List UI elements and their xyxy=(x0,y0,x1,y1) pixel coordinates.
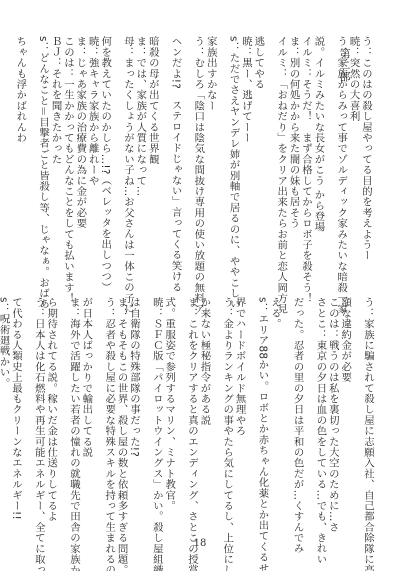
dialogue-line: ま：これをクリアすると真のエンディング、さとこの授賞 xyxy=(186,297,198,533)
dialogue-line: ら期待されてる説。稼いだ金は仕送りしてるよ xyxy=(45,297,68,533)
dialogue-line: このは：戦うのは私を裏切った大空のために…さ xyxy=(326,297,338,533)
dialogue-line: s：呪術廻戦かい。 xyxy=(0,297,10,533)
dialogue-line: だった。忍者の里の夕日は平和の色だが…くすんでみ xyxy=(291,297,314,533)
dialogue-line: ま：別の何処かから来た闇の妹も居そう xyxy=(287,36,299,276)
dialogue-line: ＢＪ：それを聞きたかった xyxy=(49,36,61,276)
document-page: 第二部 う：このはの殺し屋やってる目的を考えようー暁：突然の大喜利う：家族からみ… xyxy=(0,0,400,571)
dialogue-line: 逃してやる xyxy=(252,36,275,276)
dialogue-line: s：どんなこと＝目撃者ごと皆殺し等、じゃなぁ。おばあ xyxy=(37,36,49,276)
dialogue-block-top: う：このはの殺し屋やってる目的を考えようー暁：突然の大喜利う：家族からみって事で… xyxy=(14,36,372,276)
dialogue-line: か来ない極秘指令がある説 xyxy=(198,297,221,533)
dialogue-line: が日本人ばっかりで輸出してる説 xyxy=(80,297,103,533)
dialogue-line: 界でハードボイルド無理やろ xyxy=(233,297,256,533)
dialogue-line: 家族出すかなー xyxy=(204,36,227,276)
dialogue-line: 暁：ＳＦＣ版「パイロットウイングス」かい。殺し屋組織 xyxy=(150,297,162,533)
dialogue-line: 額な違約金が必要 xyxy=(339,297,362,533)
dialogue-line: ま：じゃあ家族の治療費の為に金が必要 xyxy=(74,36,86,276)
dialogue-line: ヘンだよ!? ステロイドじゃない」言ってくる笑ける xyxy=(169,36,192,276)
dialogue-line: 何を教えていたのかしら…!?（ベレッタを出しつつ） xyxy=(99,36,122,276)
page-number: 18 xyxy=(0,538,400,549)
dialogue-line: 式。重服姿で参列するマリン、ミナト教官。 xyxy=(163,297,186,533)
dialogue-line: 暗殺の母が出てくる世界観 xyxy=(146,36,169,276)
dialogue-line: は自衛隊の特殊部隊の事だった!? xyxy=(128,297,151,533)
dialogue-line: 説。イルミみたいな長女がこう から登場 xyxy=(312,36,335,276)
dialogue-line: う：むしろ「陰口は陰気な間抜け専用の使い放題の無料ア xyxy=(192,36,204,276)
dialogue-block-bottom: う：家族に騙されて殺し屋に志願入社、自己都合除隊に高額な違約金が必要このは：戦う… xyxy=(0,297,374,533)
dialogue-line: このは：一生かかってもどんなことをしても払います！ xyxy=(62,36,74,276)
dialogue-line: う：日本人は化石燃料や再生可能エネルギー、全てに取っ xyxy=(32,297,44,533)
dialogue-line: う：家族からみって事でゾルディック家みたいな暗殺一家 xyxy=(335,36,347,276)
dialogue-line: う：このはの殺し屋やってる目的を考えようー xyxy=(360,36,372,276)
dialogue-line: ちゃんも浮かばれんわ xyxy=(14,36,37,276)
dialogue-line: 暁：強キャラ家族から離れーや xyxy=(86,36,98,276)
dialogue-line: イルミ：そうだ！ まず合格してからロボ子を殺そう！ xyxy=(300,36,312,276)
dialogue-line: s：ただでさえヤンデレ姉が別軸で居るのに、ややこしい xyxy=(227,36,239,276)
dialogue-line: 暁：突然の大喜利 xyxy=(347,36,359,276)
dialogue-line: う：家族に騙されて殺し屋に志願入社、自己都合除隊に高 xyxy=(362,297,374,533)
dialogue-line: 母：まったくしょうがない子ね…お父さんは一体この子に xyxy=(122,36,134,276)
dialogue-line: さとこ：東京の夕日は血の色をしている…でも、きれい xyxy=(314,297,326,533)
dialogue-line: う：金よりランキングの事やたら気にしてるし、上位にし xyxy=(221,297,233,533)
dialogue-line: ま：海外で活躍したい若者の憧れの就職先で田舎の家族か xyxy=(68,297,80,533)
dialogue-line: う：忍者や殺し屋に必要な特殊スキルを持って生まれるの xyxy=(103,297,115,533)
dialogue-line: ま：そもそもこの世界、殺し屋の数と依頼多すぎる問題。 xyxy=(115,297,127,533)
dialogue-line: s：エリア88かい。ロボとか赤ちゃん化薬とか出てくるせ xyxy=(256,297,268,533)
dialogue-line: て代わる人類史上最もクリーンなエネルギー!! xyxy=(10,297,33,533)
dialogue-line: 暁：黒ー、逃げてーー xyxy=(240,36,252,276)
dialogue-line: える。 xyxy=(268,297,291,533)
dialogue-line: ま：では、家族が人質になって… xyxy=(134,36,146,276)
dialogue-line: イルミ：「おねだり」をクリア出来たらお前と恋人岡方見 xyxy=(275,36,287,276)
